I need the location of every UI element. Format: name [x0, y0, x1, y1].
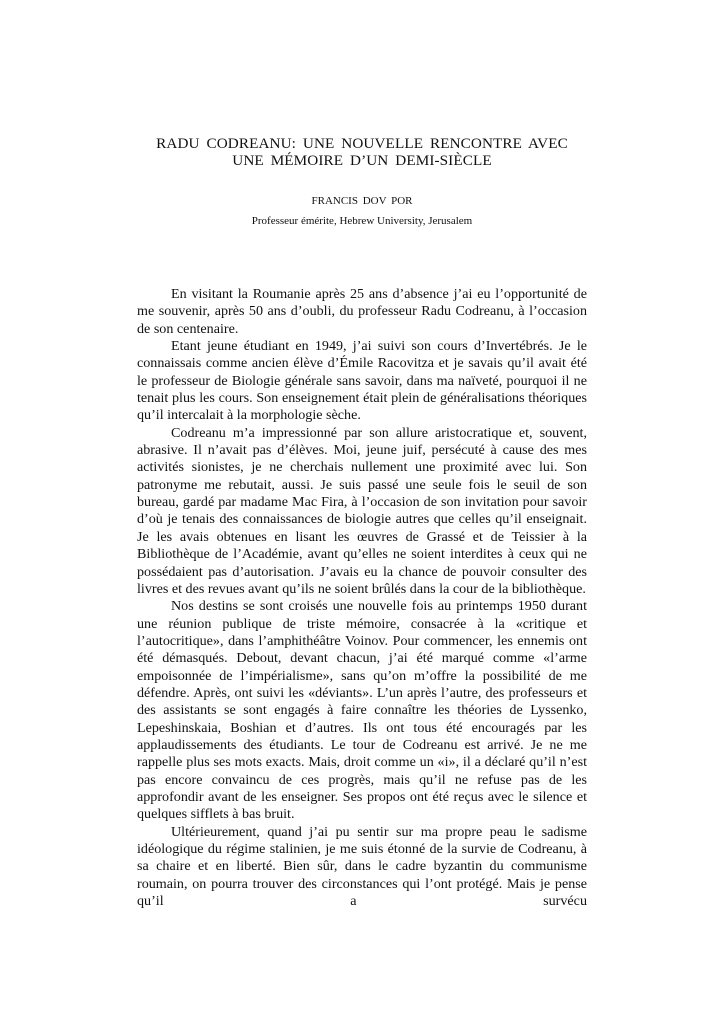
article-title: RADU CODREANU: UNE NOUVELLE RENCONTRE AV…	[0, 136, 724, 169]
paragraph-1: En visitant la Roumanie après 25 ans d’a…	[137, 286, 587, 338]
author-name: FRANCIS DOV POR	[0, 194, 724, 208]
article-title-line-2: UNE MÉMOIRE D’UN DEMI-SIÈCLE	[0, 153, 724, 170]
paragraph-4: Nos destins se sont croisés une nouvelle…	[137, 598, 587, 823]
article-body: En visitant la Roumanie après 25 ans d’a…	[137, 286, 587, 910]
paragraph-2: Etant jeune étudiant en 1949, j’ai suivi…	[137, 338, 587, 425]
document-page: RADU CODREANU: UNE NOUVELLE RENCONTRE AV…	[0, 0, 724, 1024]
paragraph-5: Ultérieurement, quand j’ai pu sentir sur…	[137, 824, 587, 911]
article-title-line-1: RADU CODREANU: UNE NOUVELLE RENCONTRE AV…	[0, 136, 724, 153]
paragraph-3: Codreanu m’a impressionné par son allure…	[137, 425, 587, 598]
author-affiliation: Professeur émérite, Hebrew University, J…	[0, 214, 724, 228]
